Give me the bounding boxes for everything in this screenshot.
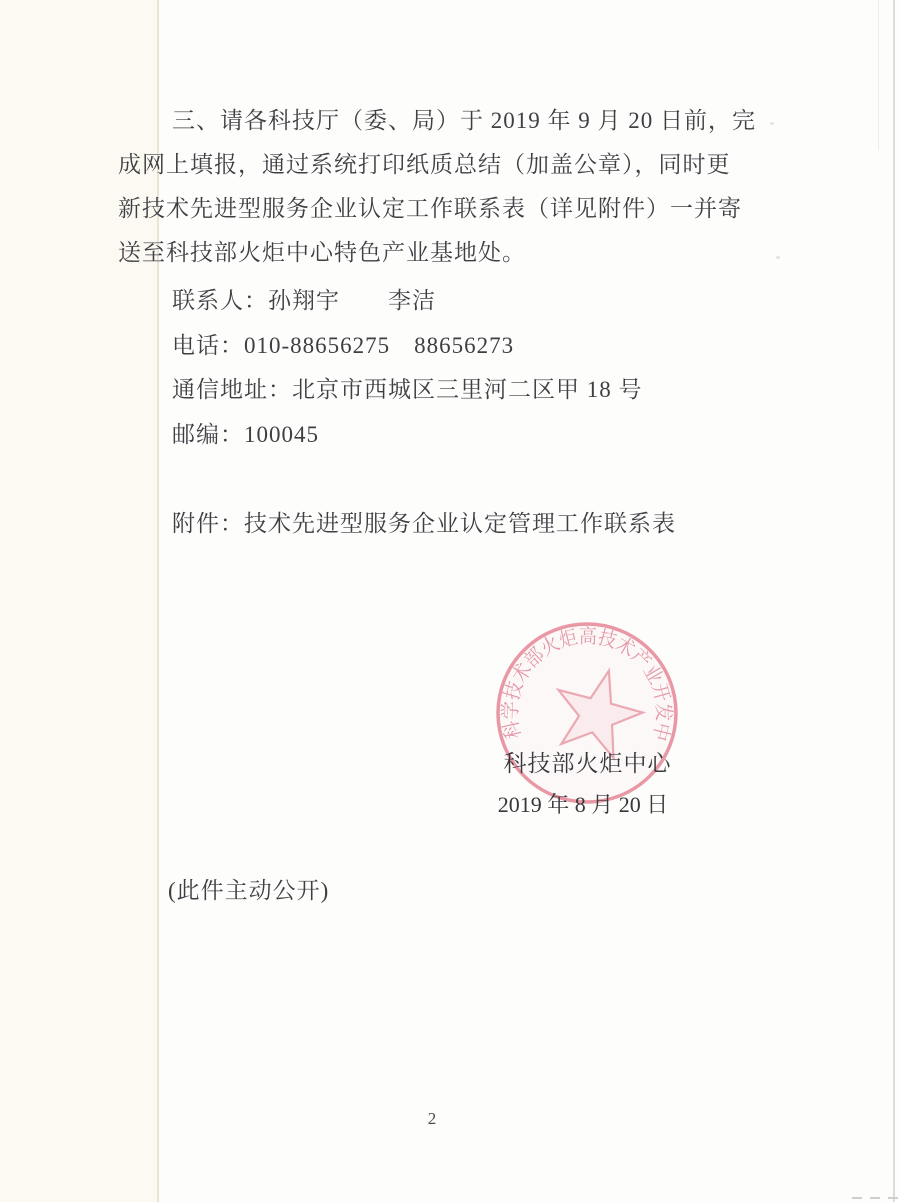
document-date: 2019 年 8 月 20 日 <box>470 788 696 819</box>
scan-right-edge-line <box>893 0 895 1202</box>
paragraph-line: 成网上填报，通过系统打印纸质总结（加盖公章），同时更 <box>118 153 731 176</box>
postcode-line: 邮编：100045 <box>172 423 319 446</box>
phone-line: 电话：010-88656275 88656273 <box>172 334 514 357</box>
scan-speck <box>776 256 780 259</box>
contact-person-line: 联系人：孙翔宇 李洁 <box>172 289 436 312</box>
paragraph-line: 三、请各科技厅（委、局）于 2019 年 9 月 20 日前，完 <box>172 109 756 132</box>
issuer-signature: 科技部火炬中心 <box>495 745 680 778</box>
official-seal: 科学技术部火炬高技术产业开发中心 <box>492 620 682 810</box>
scan-speck <box>770 122 774 125</box>
paragraph-line: 送至科技部火炬中心特色产业基地处。 <box>118 241 526 264</box>
scan-left-margin <box>0 0 157 1202</box>
paragraph-line: 新技术先进型服务企业认定工作联系表（详见附件）一并寄 <box>118 197 742 220</box>
scanned-document-page: 科学技术部火炬高技术产业开发中心 三、请各科技厅（委、局）于 2019 年 9 … <box>0 0 900 1202</box>
disclosure-note: (此件主动公开) <box>168 879 329 902</box>
address-line: 通信地址：北京市西城区三里河二区甲 18 号 <box>172 378 643 401</box>
seal-arc-text: 科学技术部火炬高技术产业开发中心 <box>492 620 675 743</box>
page-number: 2 <box>420 1109 444 1129</box>
attachment-line: 附件：技术先进型服务企业认定管理工作联系表 <box>172 512 676 535</box>
scan-artifact-line <box>878 0 879 150</box>
scan-artifact-dashes <box>852 1197 898 1199</box>
page-fold-line <box>157 0 159 1202</box>
